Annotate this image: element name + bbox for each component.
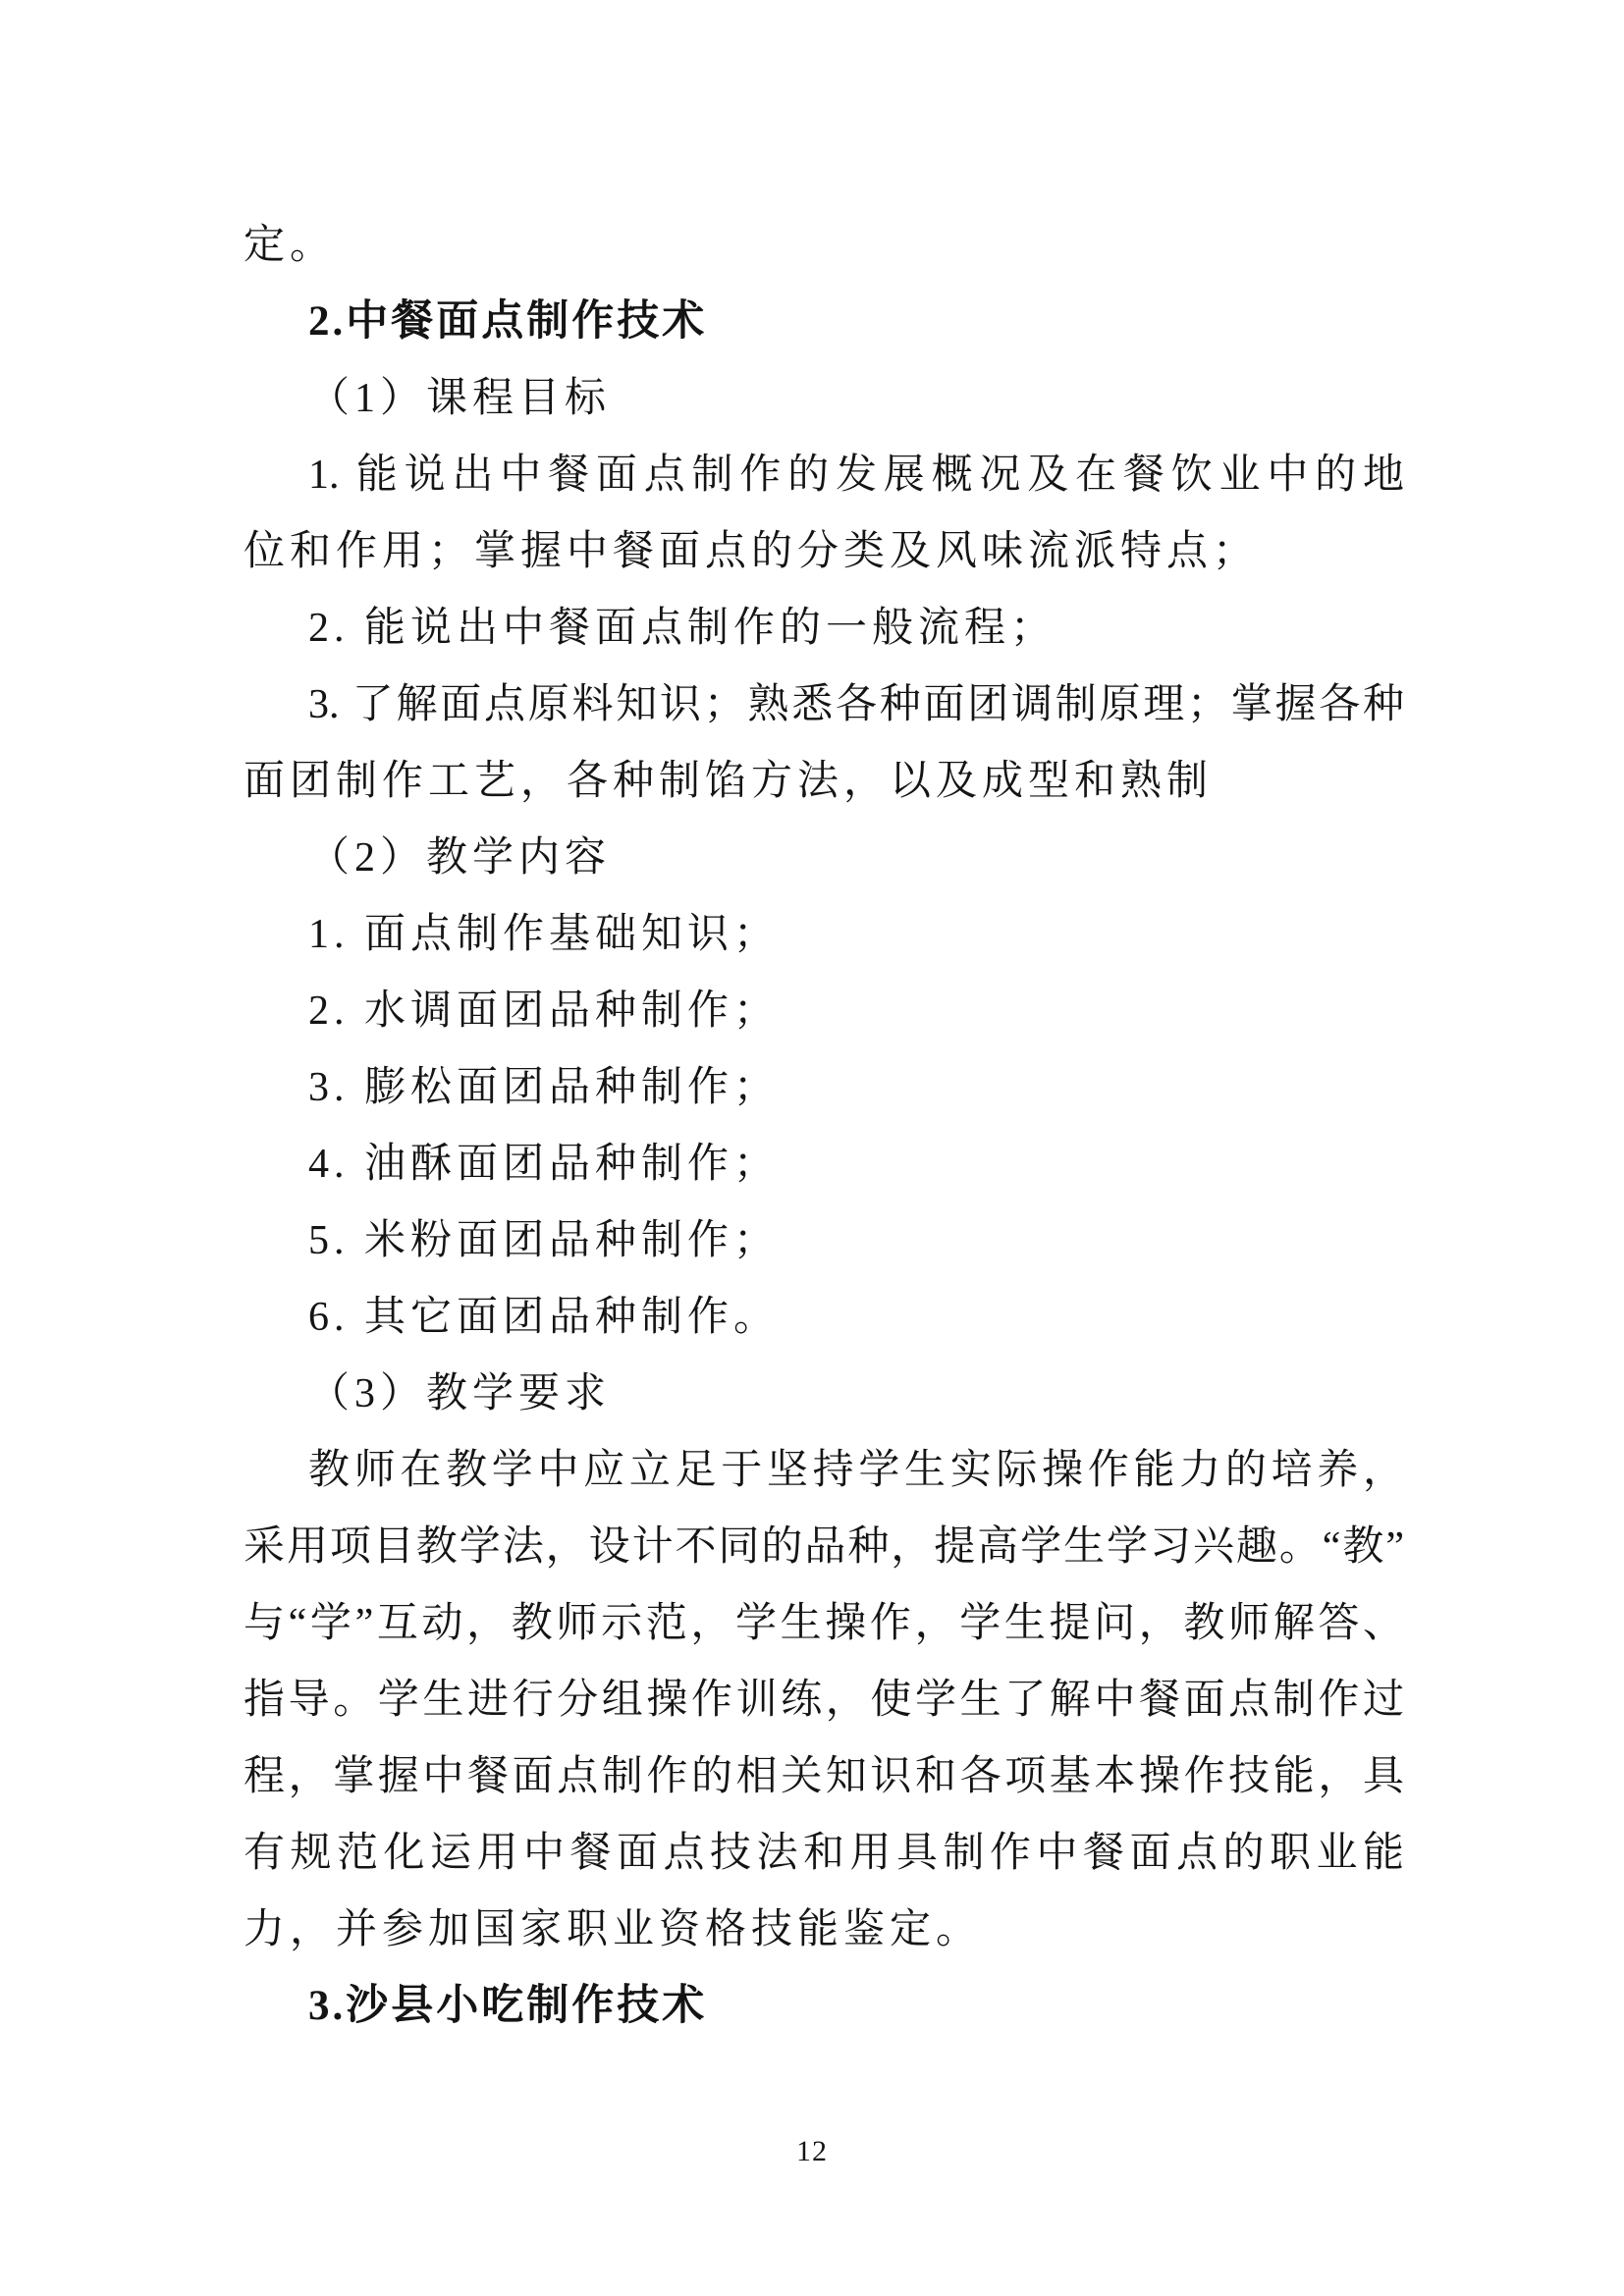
requirements-paragraph-line: 程，掌握中餐面点制作的相关知识和各项基本操作技能，具 xyxy=(244,1738,1404,1815)
section-heading-chinese-pastry: 2.中餐面点制作技术 xyxy=(244,284,1404,360)
requirements-paragraph-last-line: 力，并参加国家职业资格技能鉴定。 xyxy=(244,1892,1404,1968)
objective-item-line: 1. 能说出中餐面点制作的发展概况及在餐饮业中的地 xyxy=(244,437,1404,513)
paragraph-continuation-line: 定。 xyxy=(244,207,1404,284)
requirements-paragraph-line: 教师在教学中应立足于坚持学生实际操作能力的培养， xyxy=(244,1432,1404,1509)
document-page: 定。 2.中餐面点制作技术 （1）课程目标 1. 能说出中餐面点制作的发展概况及… xyxy=(0,0,1624,2296)
subsection-teaching-content: （2）教学内容 xyxy=(244,820,1404,896)
objective-item-line: 2. 能说出中餐面点制作的一般流程； xyxy=(244,590,1404,667)
section-heading-shaxian-snacks: 3.沙县小吃制作技术 xyxy=(244,1968,1404,2045)
requirements-paragraph-line: 有规范化运用中餐面点技法和用具制作中餐面点的职业能 xyxy=(244,1815,1404,1892)
page-number: 12 xyxy=(0,2132,1624,2171)
requirements-paragraph-line: 采用项目教学法，设计不同的品种，提高学生学习兴趣。“教” xyxy=(244,1509,1404,1585)
content-list-item: 4. 油酥面团品种制作； xyxy=(244,1126,1404,1202)
content-list-item: 2. 水调面团品种制作； xyxy=(244,973,1404,1049)
document-text-block: 定。 2.中餐面点制作技术 （1）课程目标 1. 能说出中餐面点制作的发展概况及… xyxy=(244,207,1404,2045)
objective-item-continuation: 位和作用；掌握中餐面点的分类及风味流派特点； xyxy=(244,513,1404,590)
requirements-paragraph-line: 指导。学生进行分组操作训练，使学生了解中餐面点制作过 xyxy=(244,1662,1404,1738)
objective-item-continuation: 面团制作工艺，各种制馅方法，以及成型和熟制 xyxy=(244,743,1404,820)
content-list-item: 5. 米粉面团品种制作； xyxy=(244,1202,1404,1279)
content-list-item: 3. 膨松面团品种制作； xyxy=(244,1049,1404,1126)
content-list-item: 6. 其它面团品种制作。 xyxy=(244,1279,1404,1356)
content-list-item: 1. 面点制作基础知识； xyxy=(244,896,1404,973)
subsection-course-objectives: （1）课程目标 xyxy=(244,360,1404,437)
subsection-teaching-requirements: （3）教学要求 xyxy=(244,1356,1404,1432)
requirements-paragraph-line: 与“学”互动，教师示范，学生操作，学生提问，教师解答、 xyxy=(244,1585,1404,1662)
objective-item-line: 3. 了解面点原料知识；熟悉各种面团调制原理；掌握各种 xyxy=(244,667,1404,743)
